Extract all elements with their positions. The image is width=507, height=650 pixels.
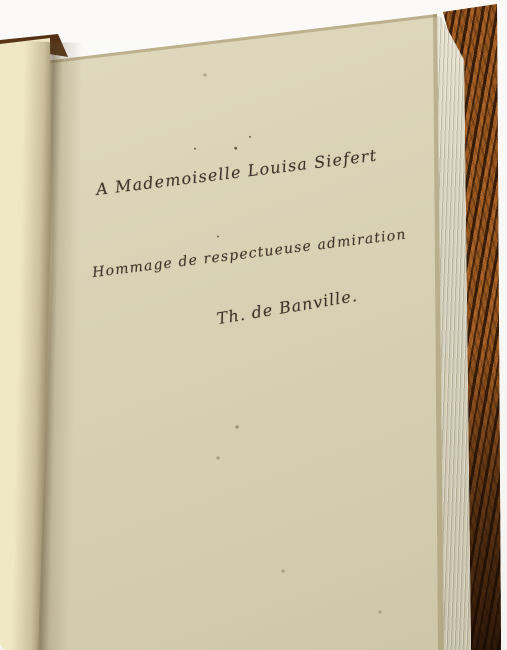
handwritten-dedication: A Mademoiselle Louisa Siefert Hommage de… — [78, 113, 451, 364]
book-photo: A Mademoiselle Louisa Siefert Hommage de… — [0, 0, 507, 650]
ink-speck — [249, 136, 251, 138]
ink-speck — [234, 147, 237, 150]
dedication-line-2: Hommage de respectueuse admiration — [91, 227, 407, 281]
dedication-line-1: A Mademoiselle Louisa Siefert — [95, 146, 378, 199]
ink-speck — [194, 148, 196, 150]
dedication-signature: Th. de Banville. — [215, 286, 359, 328]
ink-speck — [217, 235, 219, 237]
